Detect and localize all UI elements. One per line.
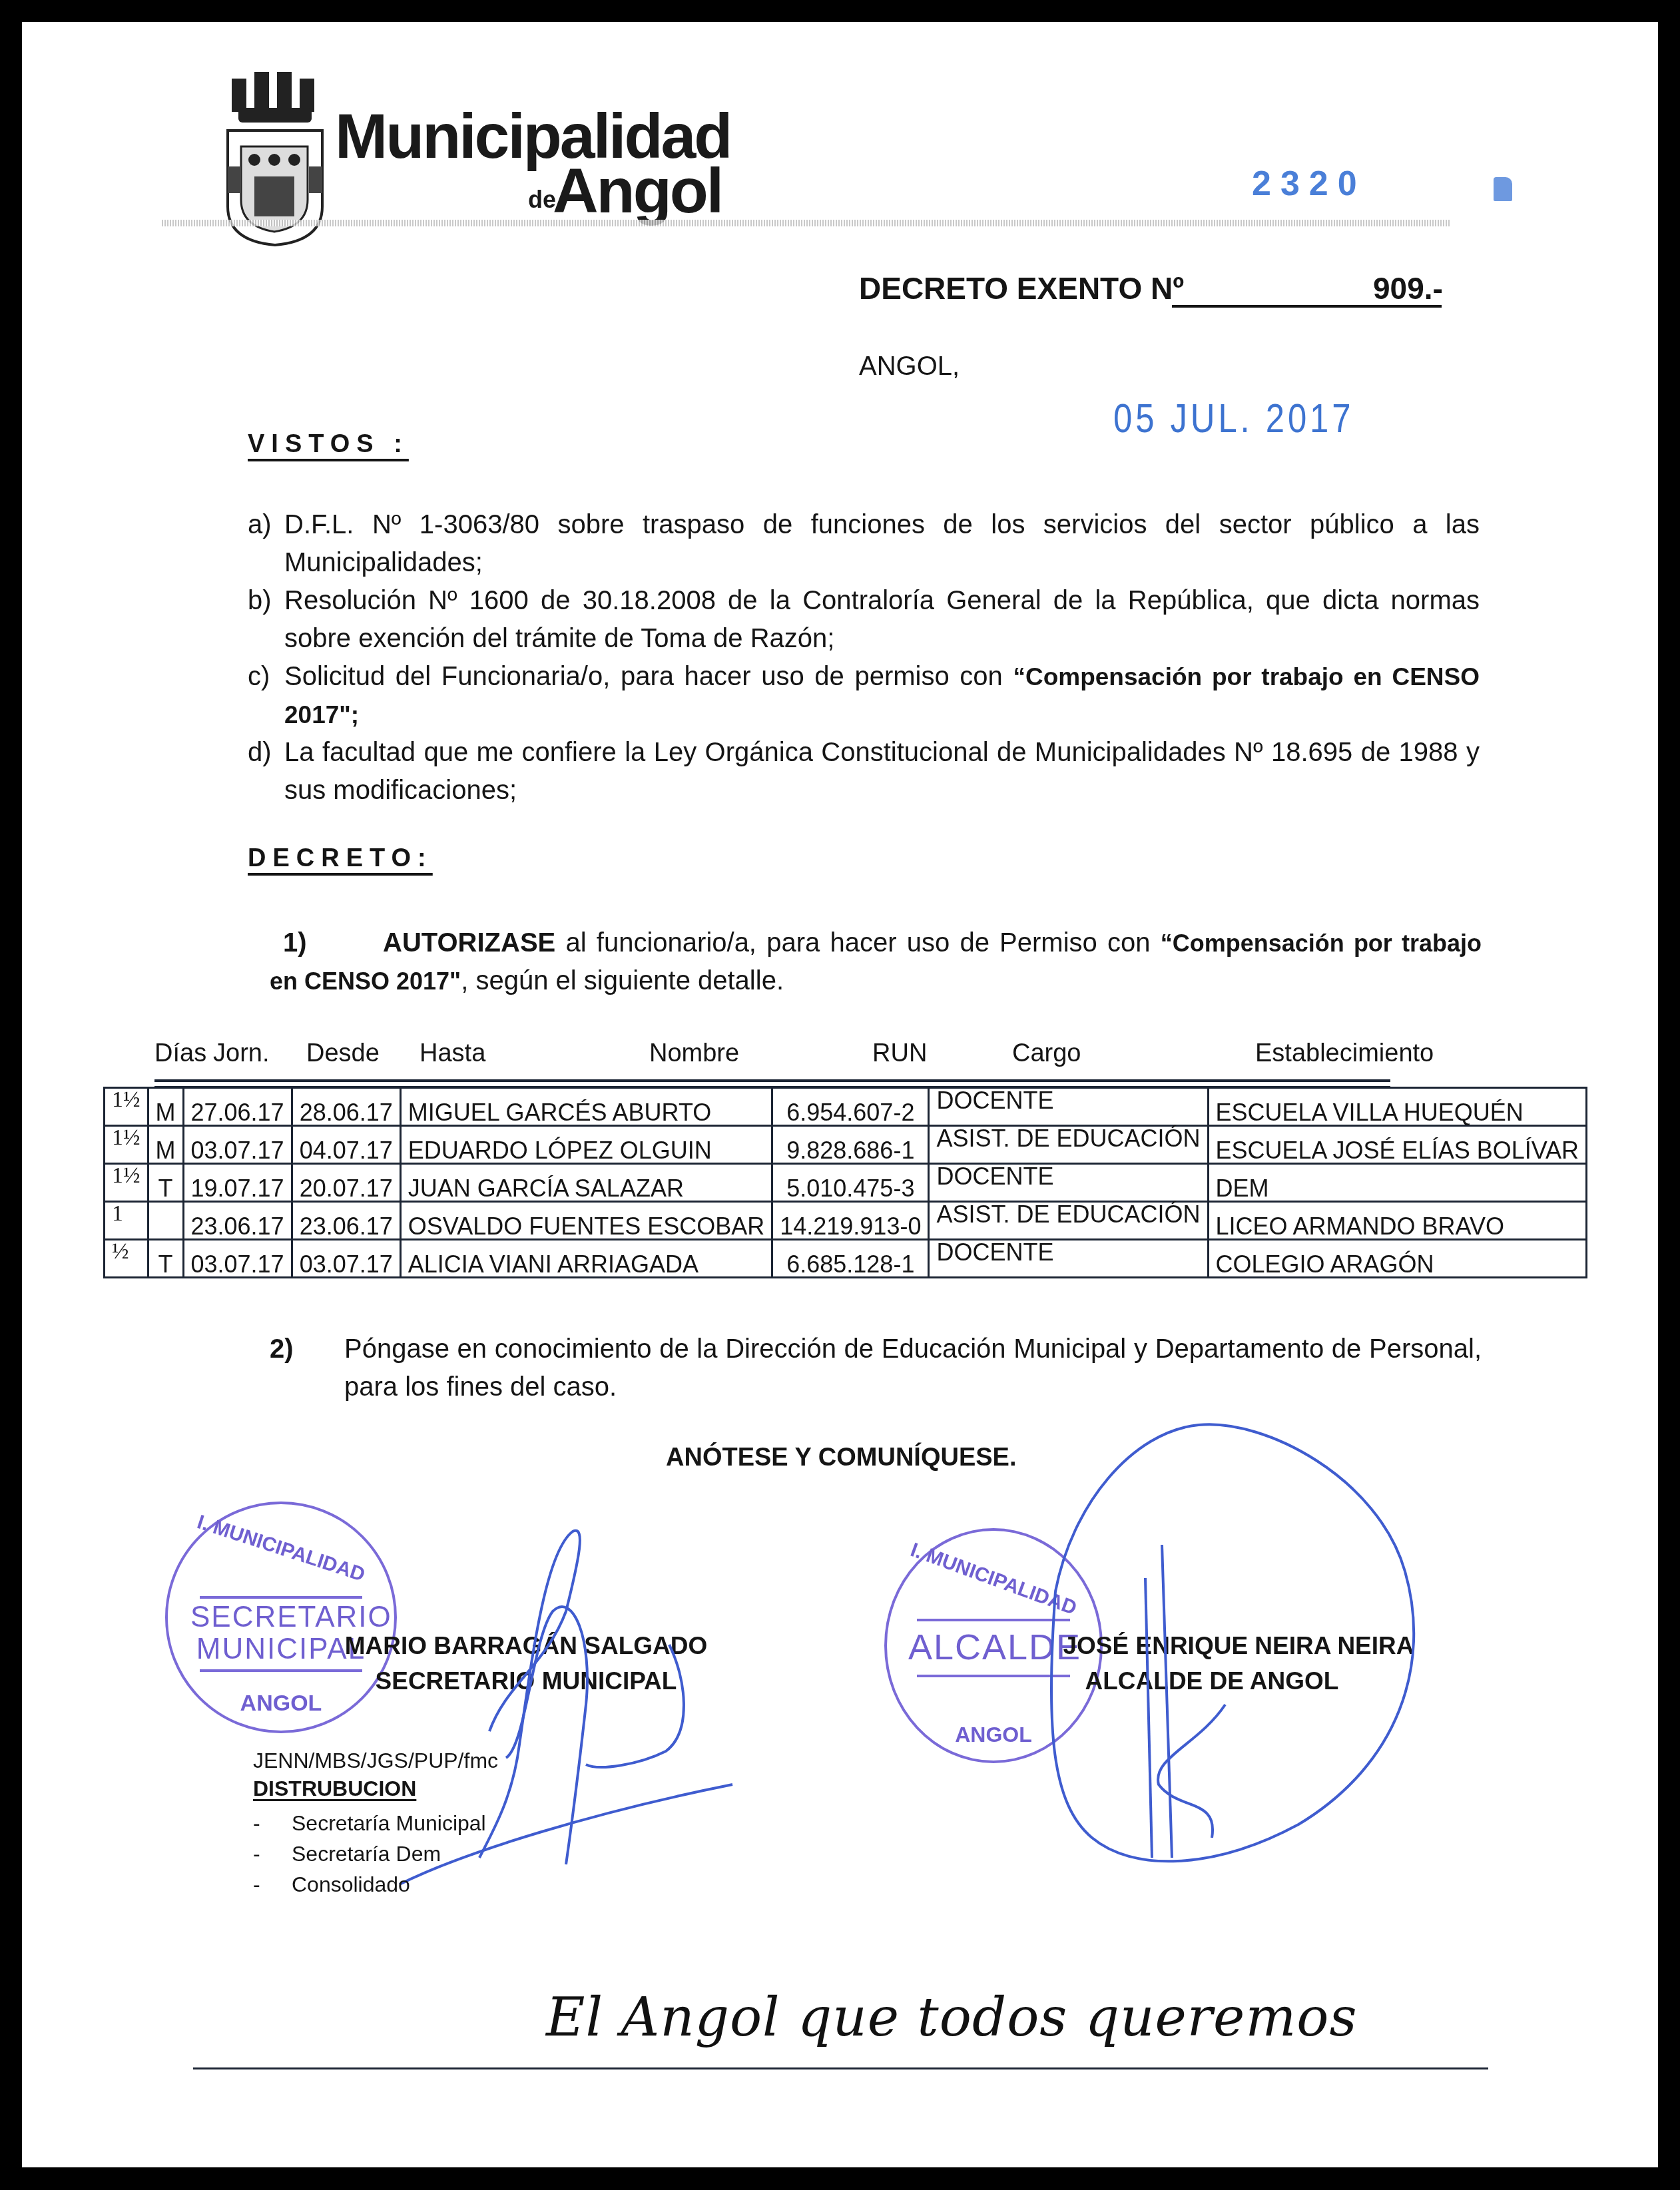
col-header-hasta: Hasta [420,1041,485,1066]
cell-establecimiento: DEM [1208,1164,1587,1202]
header-divider [162,220,1450,226]
registry-stamp: 2320 [1252,166,1366,201]
vistos-item-text: D.F.L. Nº 1-3063/80 sobre traspaso de fu… [284,506,1480,582]
cell-hasta: 04.07.17 [292,1126,400,1164]
stamp-mark-icon [1494,177,1512,201]
cell-run: 6.954.607-2 [772,1088,929,1126]
decree-number: 909.- [1373,273,1443,304]
secretary-role: SECRETARIO MUNICIPAL [340,1669,712,1693]
seal-bottom-text: ANGOL [887,1724,1100,1745]
cell-establecimiento: LICEO ARMANDO BRAVO [1208,1202,1587,1240]
cell-cargo: DOCENTE [929,1164,1208,1202]
col-header-dias: Días [154,1041,206,1066]
mayor-role: ALCALDE DE ANGOL [1052,1669,1372,1693]
cell-dias: 1½ [105,1126,148,1164]
col-header-jorn: Jorn. [213,1041,269,1066]
cell-establecimiento: ESCUELA VILLA HUEQUÉN [1208,1088,1587,1126]
date-stamp: 05 JUL. 2017 [1113,398,1354,439]
closing-formula: ANÓTESE Y COMUNÍQUESE. [666,1445,1016,1470]
cell-jorn: M [148,1088,183,1126]
cell-jorn: T [148,1164,183,1202]
cell-hasta: 23.06.17 [292,1202,400,1240]
vistos-item: d) La facultad que me confiere la Ley Or… [248,734,1480,810]
distribution-item-text: Secretaría Dem [292,1838,441,1869]
cell-cargo: ASIST. DE EDUCACIÓN [929,1202,1208,1240]
cell-hasta: 28.06.17 [292,1088,400,1126]
vistos-item-text: Solicitud del Funcionaria/o, para hacer … [284,658,1480,734]
item-text: al funcionario/a, para hacer uso de Perm… [555,928,1160,958]
distribution-item-text: Consolidado [292,1869,410,1900]
permits-table: 1½M27.06.1728.06.17MIGUEL GARCÉS ABURTO6… [103,1087,1587,1278]
mayor-name: JOSÉ ENRIQUE NEIRA NEIRA [1052,1633,1425,1658]
cell-nombre: MIGUEL GARCÉS ABURTO [400,1088,772,1126]
distribution-item: -Secretaría Dem [253,1838,486,1869]
secretary-name: MARIO BARRAGÁN SALGADO [340,1633,712,1658]
cell-dias: ½ [105,1240,148,1278]
decreto-item-1: 1)AUTORIZASE al funcionario/a, para hace… [270,924,1482,1000]
vistos-item-text: Resolución Nº 1600 de 30.18.2008 de la C… [284,582,1480,658]
col-header-run: RUN [872,1041,927,1066]
motto: El Angol que todos queremos [546,1991,1358,2044]
cell-establecimiento: COLEGIO ARAGÓN [1208,1240,1587,1278]
cell-jorn: T [148,1240,183,1278]
cell-nombre: ALICIA VIANI ARRIAGADA [400,1240,772,1278]
col-header-cargo: Cargo [1012,1041,1081,1066]
item-number: 2) [270,1330,294,1368]
reference-initials: JENN/MBS/JGS/PUP/fmc [253,1750,498,1771]
cell-desde: 03.07.17 [183,1126,292,1164]
col-header-desde: Desde [306,1041,380,1066]
cell-cargo: DOCENTE [929,1088,1208,1126]
decree-title: DECRETO EXENTO Nº [859,273,1184,304]
col-header-nombre: Nombre [649,1041,739,1066]
cell-establecimiento: ESCUELA JOSÉ ELÍAS BOLÍVAR [1208,1126,1587,1164]
distribution-item: -Secretaría Municipal [253,1808,486,1838]
vistos-item-label: a) [248,506,284,582]
seal-bottom-text: ANGOL [168,1692,394,1715]
seal-bar [200,1596,363,1599]
distribution-item: -Consolidado [253,1869,486,1900]
distribution-heading: DISTRUBUCION [253,1778,416,1799]
cell-cargo: DOCENTE [929,1240,1208,1278]
bullet-dash: - [253,1808,292,1838]
bullet-dash: - [253,1838,292,1869]
vistos-item: c) Solicitud del Funcionaria/o, para hac… [248,658,1480,734]
cell-run: 9.828.686-1 [772,1126,929,1164]
cell-desde: 03.07.17 [183,1240,292,1278]
cell-run: 6.685.128-1 [772,1240,929,1278]
cell-jorn: M [148,1126,183,1164]
cell-desde: 19.07.17 [183,1164,292,1202]
seal-bar [200,1669,363,1672]
brand-angol: Angol [553,160,722,223]
col-header-establecimiento: Establecimiento [1255,1041,1434,1066]
seal-bar [917,1619,1070,1621]
distribution-item-text: Secretaría Municipal [292,1808,486,1838]
brand-de: de [528,188,556,212]
cell-cargo: ASIST. DE EDUCACIÓN [929,1126,1208,1164]
autorizase-label: AUTORIZASE [383,928,555,958]
item-text: Póngase en conocimiento de la Dirección … [344,1330,1482,1406]
secretary-seal: I. MUNICIPALIDAD SECRETARIO MUNICIPAL AN… [165,1502,397,1733]
bullet-dash: - [253,1869,292,1900]
seal-mid-text: SECRETARIO [190,1603,372,1632]
cell-run: 14.219.913-0 [772,1202,929,1240]
vistos-item-label: c) [248,658,284,734]
cell-desde: 27.06.17 [183,1088,292,1126]
vistos-item: a) D.F.L. Nº 1-3063/80 sobre traspaso de… [248,506,1480,582]
cell-nombre: JUAN GARCÍA SALAZAR [400,1164,772,1202]
cell-run: 5.010.475-3 [772,1164,929,1202]
cell-hasta: 03.07.17 [292,1240,400,1278]
vistos-item-label: b) [248,582,284,658]
decreto-heading: DECRETO: [248,846,433,871]
vistos-list: a) D.F.L. Nº 1-3063/80 sobre traspaso de… [248,506,1480,810]
table-row: 123.06.1723.06.17OSVALDO FUENTES ESCOBAR… [105,1202,1587,1240]
footer-rule [193,2067,1488,2069]
cell-nombre: OSVALDO FUENTES ESCOBAR [400,1202,772,1240]
item-tail: , según el siguiente detalle. [461,966,784,995]
decree-place: ANGOL, [859,353,960,380]
vistos-heading: VISTOS : [248,431,409,457]
table-row: 1½M27.06.1728.06.17MIGUEL GARCÉS ABURTO6… [105,1088,1587,1126]
vistos-item-label: d) [248,734,284,810]
table-row: 1½M03.07.1704.07.17EDUARDO LÓPEZ OLGUIN9… [105,1126,1587,1164]
table-row: 1½T19.07.1720.07.17JUAN GARCÍA SALAZAR5.… [105,1164,1587,1202]
cell-dias: 1½ [105,1088,148,1126]
seal-bar [917,1675,1070,1677]
cell-desde: 23.06.17 [183,1202,292,1240]
table-row: ½T03.07.1703.07.17ALICIA VIANI ARRIAGADA… [105,1240,1587,1278]
vistos-item-text: La facultad que me confiere la Ley Orgán… [284,734,1480,810]
item-number: 1) [270,924,383,962]
vistos-item: b) Resolución Nº 1600 de 30.18.2008 de l… [248,582,1480,658]
cell-jorn [148,1202,183,1240]
cell-dias: 1 [105,1202,148,1240]
cell-dias: 1½ [105,1164,148,1202]
distribution-list: -Secretaría Municipal-Secretaría Dem-Con… [253,1808,486,1900]
decreto-item-2: 2) Póngase en conocimiento de la Direcci… [270,1330,1482,1406]
cell-hasta: 20.07.17 [292,1164,400,1202]
cell-nombre: EDUARDO LÓPEZ OLGUIN [400,1126,772,1164]
